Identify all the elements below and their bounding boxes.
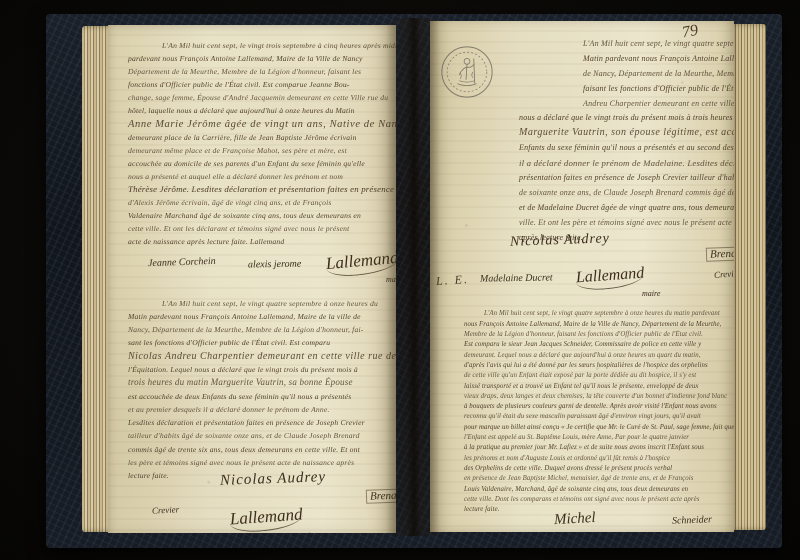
signature: Lallemand bbox=[325, 247, 396, 277]
signature: Lallemand bbox=[575, 265, 645, 292]
manuscript-line: sant les fonctions d'Officier public de … bbox=[128, 336, 390, 349]
manuscript-line: Nicolas Andreu Charpentier demeurant en … bbox=[128, 350, 390, 363]
manuscript-line: l'Équitation. Lequel nous a déclaré que … bbox=[128, 363, 390, 376]
signature: Jeanne Corchein bbox=[148, 255, 216, 268]
signature: Crevier bbox=[152, 504, 180, 515]
manuscript-line: demeurant même place et de Françoise Mah… bbox=[128, 144, 390, 157]
manuscript-line: d'Alexis Jérôme écrivain, âgé de vingt c… bbox=[128, 196, 390, 209]
manuscript-line: l'Enfant est appelé au St. Baptême Louis… bbox=[464, 433, 730, 443]
manuscript-line: faisant les fonctions d'Officier public … bbox=[519, 82, 723, 97]
manuscript-line: Matin pardevant nous François Antoine La… bbox=[128, 310, 390, 323]
right-page: 79 L. E. L'An Mil huit cent sept, le vin… bbox=[430, 21, 734, 532]
signature-block: Nicolas AudreyMadelaine DucretLallemandm… bbox=[480, 245, 723, 299]
signature-block: Nicolas AudreyCrevierBrenardLallemandmai… bbox=[148, 483, 390, 533]
signature: Madelaine Ducret bbox=[480, 273, 553, 285]
manuscript-line: de Nancy, Département de la Meurthe, Mem… bbox=[519, 67, 723, 82]
manuscript-line: Est comparu le sieur Jean Jacques Schnei… bbox=[464, 340, 730, 350]
signature: maire bbox=[642, 289, 660, 298]
manuscript-line: et au premier desquels il a déclaré donn… bbox=[128, 403, 390, 416]
signature-block: Jeanne Corcheinalexis jeromeLallemandmai… bbox=[148, 251, 390, 289]
manuscript-line: change, sage femme, Épouse d'André Jacqu… bbox=[128, 91, 390, 104]
manuscript-line: Marguerite Vautrin, son épouse légitime,… bbox=[519, 126, 723, 141]
manuscript-line: il a déclaré donner le prénom de Madelai… bbox=[519, 156, 723, 171]
manuscript-line: L'An Mil huit cent sept, le vingt quatre… bbox=[464, 309, 730, 319]
manuscript-line: reconnu qu'il était du sexe masculin par… bbox=[464, 412, 730, 422]
manuscript-line: acte de naissance après lecture faite. L… bbox=[128, 235, 390, 248]
manuscript-line: demeurant. Lequel nous a déclaré que auj… bbox=[464, 351, 730, 361]
birth-act-entry: L'An Mil huit cent sept, le vingt quatre… bbox=[455, 37, 723, 299]
manuscript-line: nous a déclaré que le vingt trois du pré… bbox=[519, 111, 723, 126]
manuscript-line: les prénoms et nom d'Auguste Louis et or… bbox=[464, 454, 730, 464]
manuscript-line: Matin pardevant nous François Antoine La… bbox=[519, 52, 723, 67]
signature-block: MichelSchneiderLallemandmaireDenaire bbox=[458, 515, 730, 532]
manuscript-line: Valdenaire Marchand âgé de soixante cinq… bbox=[128, 209, 390, 222]
signature: maire bbox=[298, 531, 316, 533]
manuscript-line: hôtel, laquelle nous a déclaré que aujou… bbox=[128, 104, 390, 117]
manuscript-line: pour marque un billet ainsi conçu « Je c… bbox=[464, 423, 730, 433]
manuscript-text-block: L'An Mil huit cent sept, le vingt quatre… bbox=[455, 37, 723, 245]
manuscript-line: de soixante onze ans, de Claude Joseph B… bbox=[519, 186, 723, 201]
manuscript-text-block: L'An Mil huit cent sept, le vingt quatre… bbox=[128, 297, 390, 483]
signature: Brenard bbox=[366, 488, 396, 504]
manuscript-line: fonctions d'Officier public de l'État ci… bbox=[128, 78, 390, 91]
birth-act-entry: L'An Mil huit cent sept, le vingt quatre… bbox=[128, 297, 390, 534]
manuscript-line: Département de la Meurthe, Membre de la … bbox=[128, 65, 390, 78]
manuscript-line: commis âgé de trente six ans, tous deux … bbox=[128, 443, 390, 456]
manuscript-line: Nancy, Département de la Meurthe, Membre… bbox=[128, 323, 390, 336]
page-edges-right bbox=[730, 24, 766, 530]
manuscript-line: accouchée au domicile de ses parents d'u… bbox=[128, 157, 390, 170]
signature: Nicolas Audrey bbox=[510, 232, 610, 251]
manuscript-line: lecture faite. bbox=[464, 505, 730, 515]
manuscript-line: Anne Marie Jérôme âgée de vingt un ans, … bbox=[128, 118, 390, 131]
manuscript-line: Enfants du sexe féminin qu'il nous a pré… bbox=[519, 141, 723, 156]
manuscript-line: les père et témoins signé avec nous le p… bbox=[128, 456, 390, 469]
manuscript-line: cette ville. Et ont les déclarant et tém… bbox=[128, 222, 390, 235]
birth-act-entry: L'An Mil huit cent sept, le vingt trois … bbox=[128, 39, 390, 289]
left-page: L'An Mil huit cent sept, le vingt trois … bbox=[108, 25, 396, 533]
manuscript-line: nous a présenté et auquel elle a déclaré… bbox=[128, 170, 390, 183]
manuscript-line: trois heures du matin Marguerite Vautrin… bbox=[128, 376, 390, 389]
foundling-act-entry: L'An Mil huit cent sept, le vingt quatre… bbox=[444, 309, 730, 532]
manuscript-line: et de Madelaine Ducret âgée de vingt qua… bbox=[519, 201, 723, 216]
manuscript-line: en présence de Jean Baptiste Michel, men… bbox=[464, 474, 730, 484]
manuscript-line: Andreu Charpentier demeurant en cette vi… bbox=[519, 97, 723, 112]
manuscript-line: Membre de la Légion d'honneur, faisant l… bbox=[464, 330, 730, 340]
signature: maire bbox=[386, 275, 396, 284]
manuscript-line: Louis Valdenaire, Marchand, âgé de soixa… bbox=[464, 485, 730, 495]
manuscript-line: de cette ville qu'un Enfant était exposé… bbox=[464, 371, 730, 381]
manuscript-line: tailleur d'habits âgé de soixante onze a… bbox=[128, 429, 390, 442]
manuscript-line: présentation faites en présence de Josep… bbox=[519, 171, 723, 186]
photo-background: L'An Mil huit cent sept, le vingt trois … bbox=[0, 0, 800, 560]
manuscript-line: des Orphelins de cette ville. Duquel avo… bbox=[464, 464, 730, 474]
signature: Brenard bbox=[706, 247, 734, 263]
manuscript-line: d'après l'avis qui lui a été donné par l… bbox=[464, 361, 730, 371]
manuscript-text-block: L'An Mil huit cent sept, le vingt trois … bbox=[128, 39, 390, 249]
signature: Lallemand bbox=[229, 504, 303, 533]
manuscript-line: pardevant nous François Antoine Lalleman… bbox=[128, 52, 390, 65]
manuscript-line: est accouchée de deux Enfants du sexe fé… bbox=[128, 390, 390, 403]
manuscript-line: demeurant place de la Carrière, fille de… bbox=[128, 131, 390, 144]
manuscript-line: L'An Mil huit cent sept, le vingt trois … bbox=[128, 39, 390, 52]
manuscript-line: nous François Antoine Lallemand, Maire d… bbox=[464, 320, 730, 330]
signature: Michel bbox=[554, 510, 596, 529]
signature: Crevier bbox=[714, 269, 734, 281]
manuscript-line: cette ville. Dont les comparans et témoi… bbox=[464, 495, 730, 505]
manuscript-line: Lesdites déclaration et présentation fai… bbox=[128, 416, 390, 429]
manuscript-line: vieux draps, deux langes et deux chemise… bbox=[464, 392, 730, 402]
signature: alexis jerome bbox=[248, 258, 301, 270]
signature: Schneider bbox=[672, 515, 712, 527]
manuscript-line: à bouquets de plusieurs couleurs garni d… bbox=[464, 402, 730, 412]
manuscript-line: L'An Mil huit cent sept, le vingt quatre… bbox=[128, 297, 390, 310]
manuscript-line: L'An Mil huit cent sept, le vingt quatre… bbox=[519, 37, 723, 52]
manuscript-line: ville. Et ont les père et témoins signé … bbox=[519, 216, 723, 231]
signature: Nicolas Audrey bbox=[220, 469, 327, 490]
manuscript-line: Thérèse Jérôme. Lesdites déclaration et … bbox=[128, 183, 390, 196]
manuscript-line: à la pratique au premier jour Mr. Lafiez… bbox=[464, 443, 730, 453]
manuscript-line: laissé transporté et a trouvé un Enfant … bbox=[464, 382, 730, 392]
manuscript-text-block: L'An Mil huit cent sept, le vingt quatre… bbox=[444, 309, 730, 515]
